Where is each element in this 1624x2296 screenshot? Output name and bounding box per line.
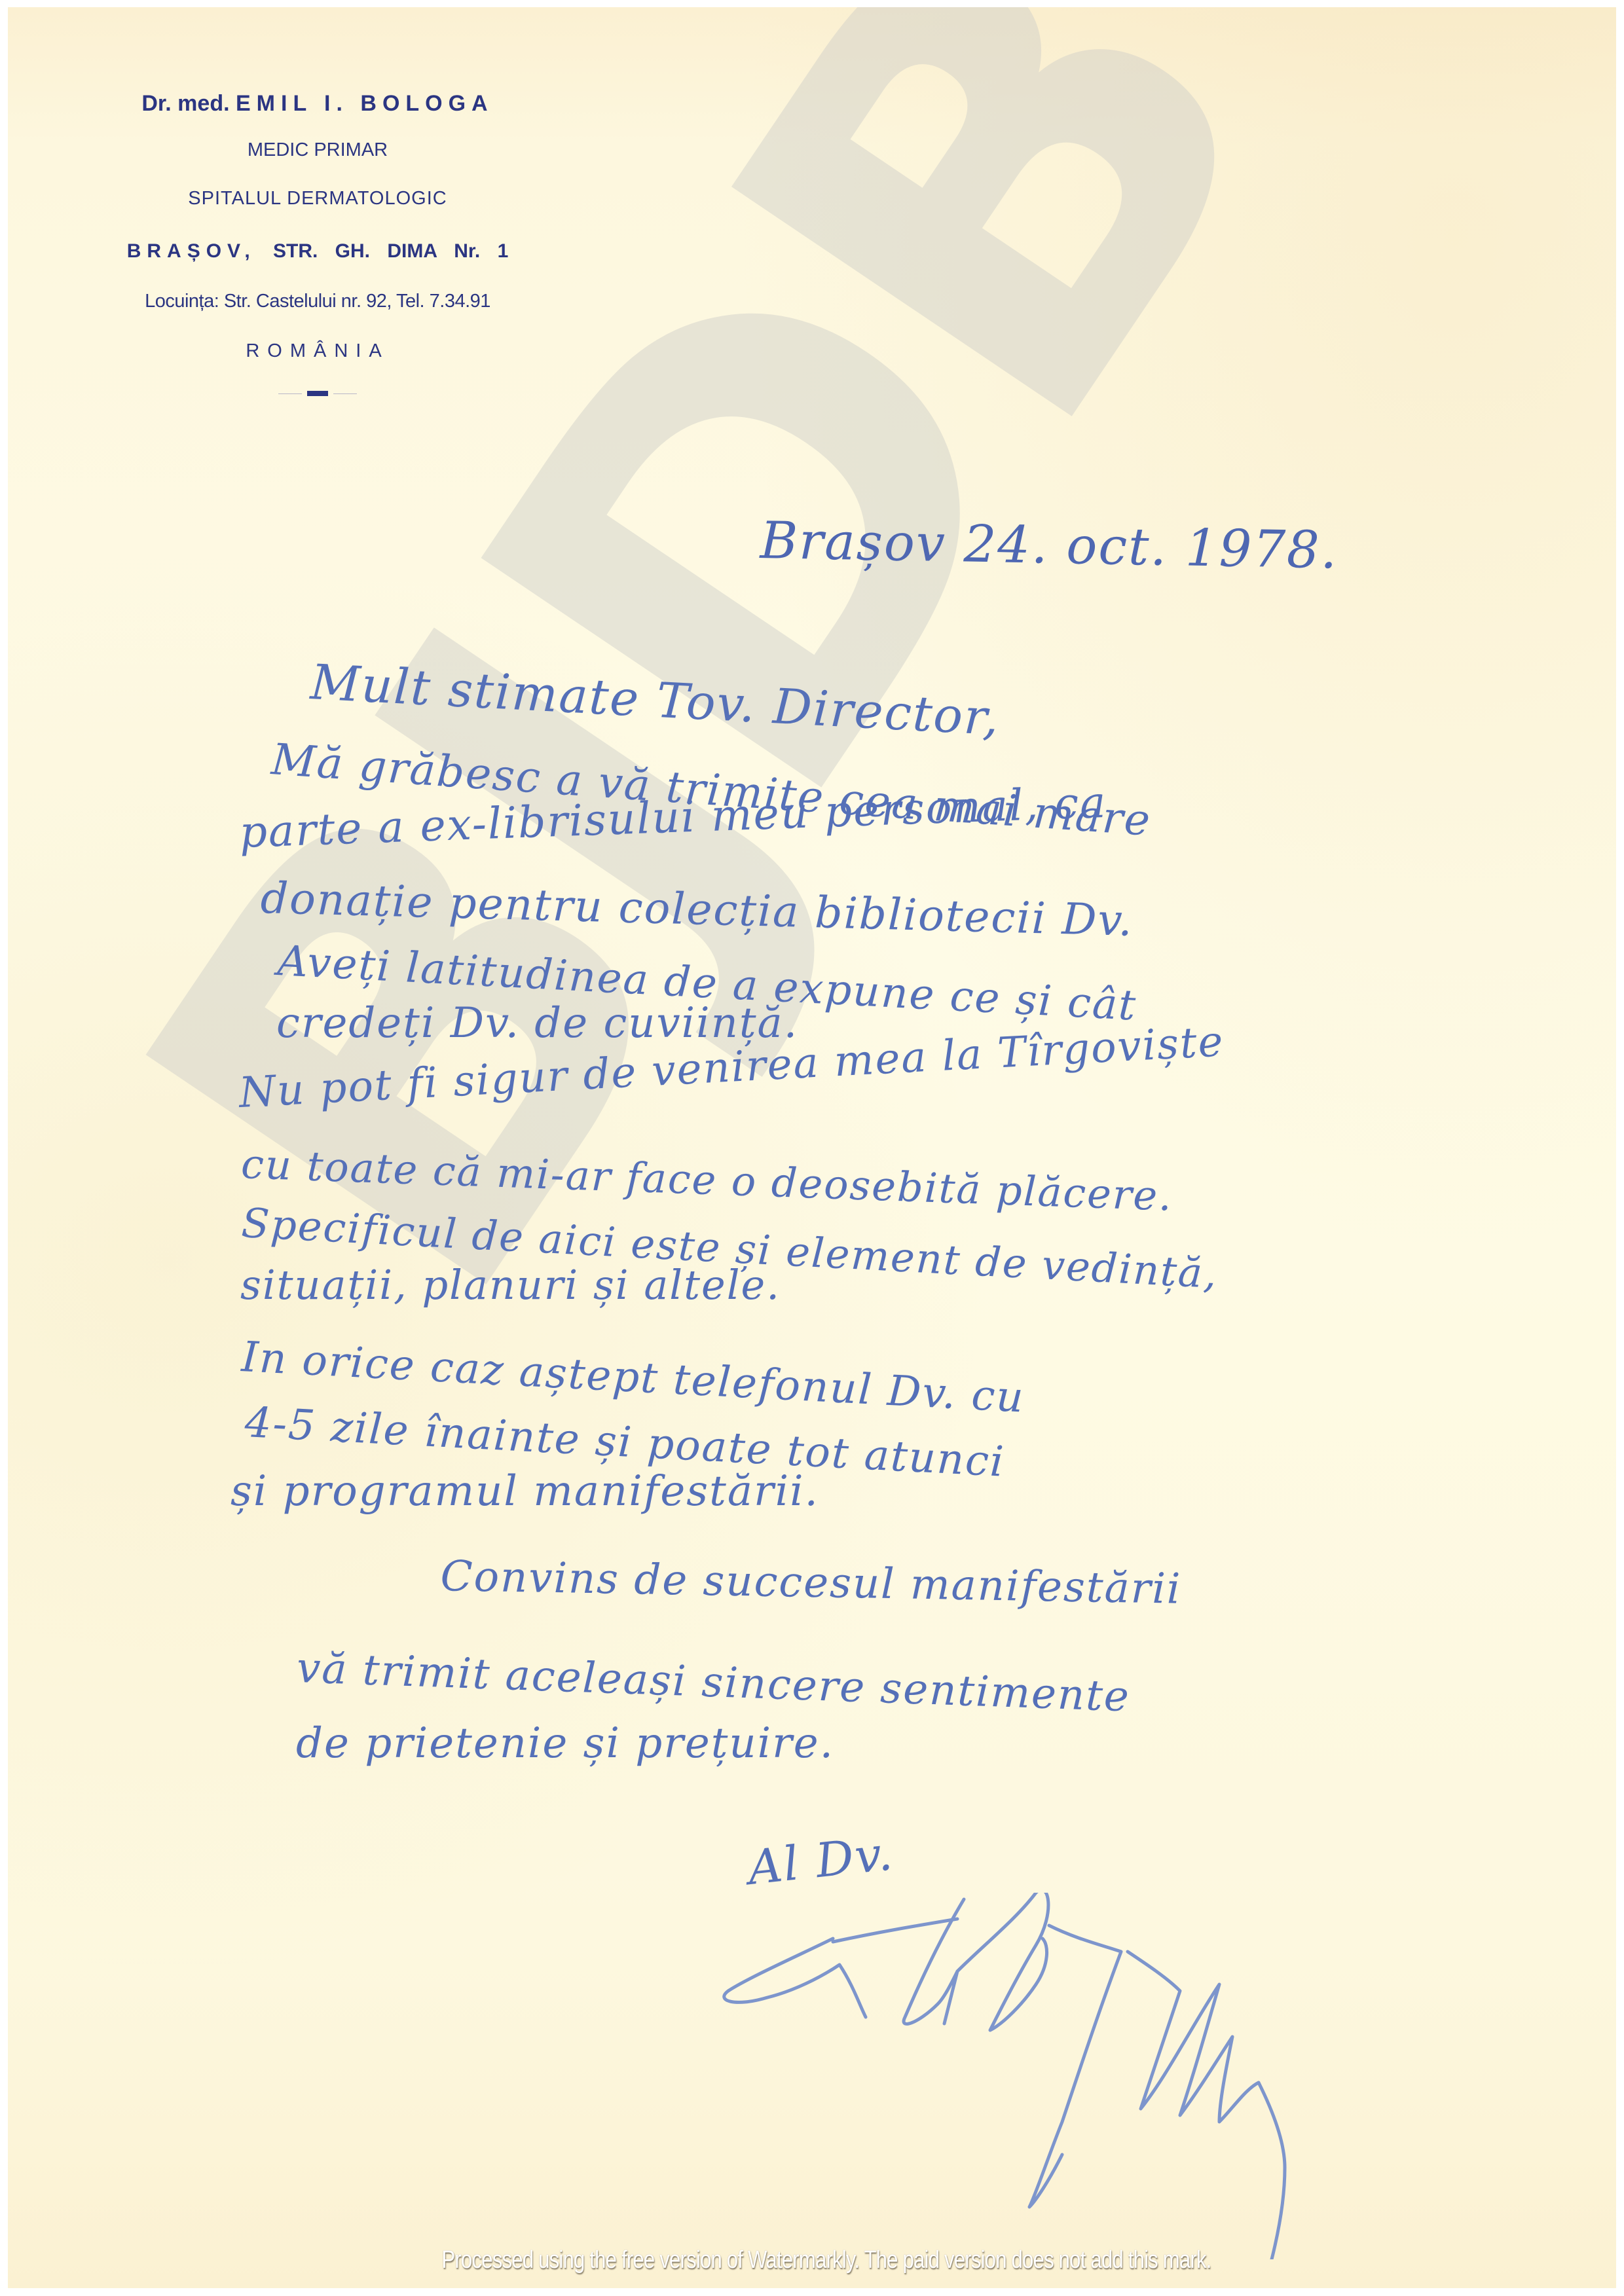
letterhead-name-line: Dr. med. EMIL I. BOLOGA: [98, 91, 537, 117]
doctor-name: EMIL I. BOLOGA: [236, 91, 494, 116]
letterhead-residence: Locuința: Str. Castelului nr. 92, Tel. 7…: [98, 291, 537, 312]
place-date: Brașov 24. oct. 1978.: [760, 511, 1338, 580]
closing: Al Dv.: [745, 1825, 896, 1895]
body-line: vă trimit aceleași sincere sentimente: [296, 1644, 1131, 1721]
letterhead-address: BRAȘOV, STR. GH. DIMA Nr. 1: [98, 240, 537, 263]
body-line: de prietenie și prețuire.: [296, 1719, 834, 1768]
body-line: Convins de succesul manifestării: [440, 1552, 1182, 1614]
body-line: credeți Dv. de cuviință.: [276, 999, 798, 1048]
letter-paper: BJDB Dr. med. EMIL I. BOLOGA MEDIC PRIMA…: [8, 7, 1616, 2288]
address-city: BRAȘOV,: [127, 240, 256, 262]
letterhead-title: MEDIC PRIMAR: [98, 139, 537, 161]
ornament-divider-icon: [278, 391, 357, 396]
greeting: Mult stimate Tov. Director,: [309, 654, 1001, 746]
name-prefix: Dr. med.: [141, 91, 229, 116]
address-street: STR. GH. DIMA Nr. 1: [273, 240, 508, 262]
body-line: și programul manifestării.: [231, 1467, 819, 1516]
signature-icon: [709, 1893, 1363, 2259]
body-line: donație pentru colecția bibliotecii Dv.: [260, 873, 1134, 946]
body-line: situații, planuri și altele.: [240, 1261, 781, 1309]
letterhead-country: ROMÂNIA: [98, 340, 537, 362]
letterhead-department: SPITALUL DERMATOLOGIC: [98, 188, 537, 210]
watermarkly-footer: Processed using the free version of Wate…: [392, 2246, 1261, 2274]
